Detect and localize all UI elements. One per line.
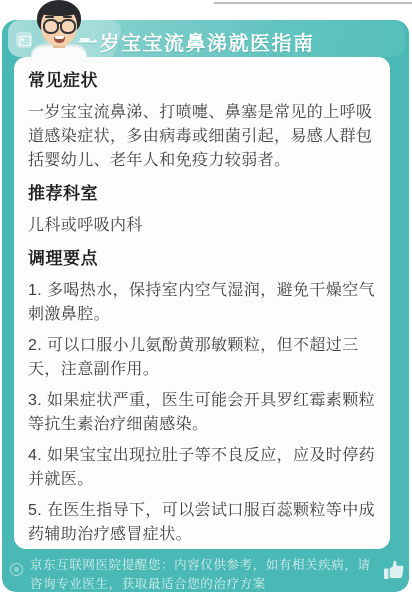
info-circle-icon — [10, 563, 23, 576]
doctor-avatar — [30, 0, 88, 62]
care-point-1: 1. 多喝热水，保持室内空气湿润，避免干燥空气刺激鼻腔。 — [28, 279, 376, 327]
top-artifact-line — [214, 2, 412, 4]
content-card: 常见症状 一岁宝宝流鼻涕、打喷嚏、鼻塞是常见的上呼吸道感染症状，多由病毒或细菌引… — [14, 57, 390, 549]
glasses-icon — [60, 19, 76, 34]
symptoms-paragraph: 一岁宝宝流鼻涕、打喷嚏、鼻塞是常见的上呼吸道感染症状，多由病毒或细菌引起，易感人… — [28, 101, 376, 173]
care-point-3: 3. 如果症状严重，医生可能会开具罗红霉素颗粒等抗生素治疗细菌感染。 — [28, 389, 376, 437]
page-title: 一岁宝宝流鼻涕就医指南 — [78, 27, 315, 56]
avatar-eyebrow-right — [63, 16, 72, 18]
thumbs-up-icon[interactable] — [382, 558, 406, 582]
care-point-2: 2. 可以口服小儿氨酚黄那敏颗粒，但不超过三天，注意副作用。 — [28, 334, 376, 382]
guide-poster: 一岁宝宝流鼻涕就医指南 常见症状 一岁宝宝流鼻涕、打喷嚏、鼻塞是常见的上呼吸道感… — [0, 0, 412, 600]
glasses-bridge — [57, 22, 62, 24]
disclaimer-footer: 京东互联网医院提醒您：内容仅供参考，如有相关疾病，请咨询专业医生，获取最适合您的… — [10, 556, 406, 594]
disclaimer-text: 京东互联网医院提醒您：内容仅供参考，如有相关疾病，请咨询专业医生，获取最适合您的… — [30, 556, 376, 594]
care-point-5: 5. 在医生指导下，可以尝试口服百蕊颗粒等中成药辅助治疗感冒症状。 — [28, 499, 376, 547]
avatar-fringe — [40, 3, 78, 16]
department-paragraph: 儿科或呼吸内科 — [28, 214, 376, 238]
section-heading-department: 推荐科室 — [28, 183, 376, 205]
care-point-4: 4. 如果宝宝出现拉肚子等不良反应，应及时停药并就医。 — [28, 444, 376, 492]
avatar-eyebrow-left — [45, 16, 54, 18]
section-heading-symptoms: 常见症状 — [28, 70, 376, 92]
section-heading-care-points: 调理要点 — [28, 248, 376, 270]
